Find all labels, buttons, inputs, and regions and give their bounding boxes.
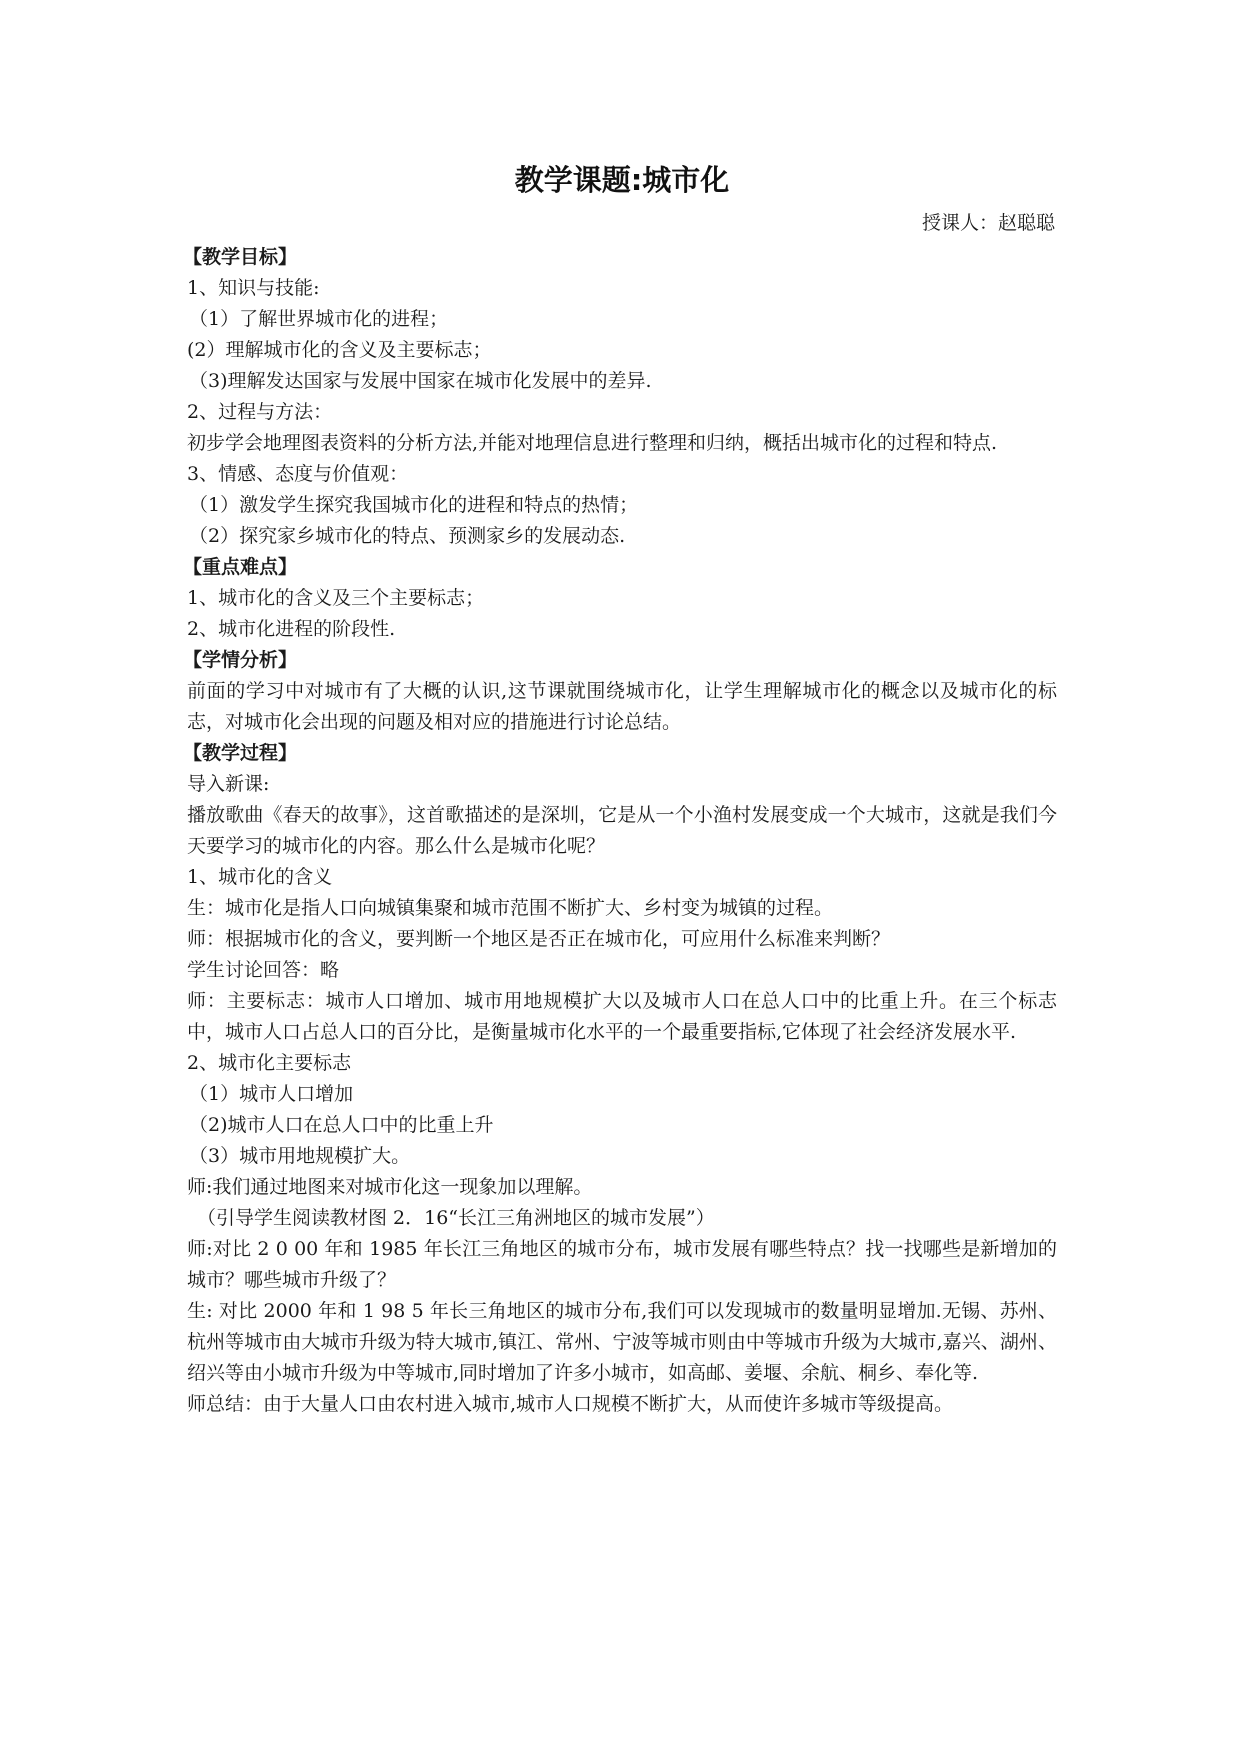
paragraph: 前面的学习中对城市有了大概的认识,这节课就围绕城市化，让学生理解城市化的概念以及… — [187, 676, 1057, 738]
section-key-points: 【重点难点】 1、城市化的含义及三个主要标志； 2、城市化进程的阶段性. — [187, 552, 1057, 645]
section-learner-analysis: 【学情分析】 前面的学习中对城市有了大概的认识,这节课就围绕城市化，让学生理解城… — [187, 645, 1057, 738]
list-item: （1）激发学生探究我国城市化的进程和特点的热情； — [187, 490, 1057, 521]
paragraph: 初步学会地理图表资料的分析方法,并能对地理信息进行整理和归纳，概括出城市化的过程… — [187, 428, 1057, 459]
subsection-label: 导入新课: — [187, 769, 1057, 800]
list-item: 2、城市化进程的阶段性. — [187, 614, 1057, 645]
section-objectives: 【教学目标】 1、知识与技能: （1）了解世界城市化的进程； (2）理解城市化的… — [187, 242, 1057, 552]
paragraph: 生: 对比 2000 年和 1 98 5 年长三角地区的城市分布,我们可以发现城… — [187, 1296, 1057, 1389]
subsection-label: 1、知识与技能: — [187, 273, 1057, 304]
subsection-label: 1、城市化的含义 — [187, 862, 1057, 893]
paragraph: 师:对比 2 0 00 年和 1985 年长江三角地区的城市分布，城市发展有哪些… — [187, 1234, 1057, 1296]
dialogue-line: 师总结：由于大量人口由农村进入城市,城市人口规模不断扩大，从而使许多城市等级提高… — [187, 1389, 1057, 1420]
list-item: （3)理解发达国家与发展中国家在城市化发展中的差异. — [187, 366, 1057, 397]
list-item: （1）了解世界城市化的进程； — [187, 304, 1057, 335]
paragraph: 师：主要标志：城市人口增加、城市用地规模扩大以及城市人口在总人口中的比重上升。在… — [187, 986, 1057, 1048]
section-process: 【教学过程】 导入新课: 播放歌曲《春天的故事》，这首歌描述的是深圳，它是从一个… — [187, 738, 1057, 1420]
dialogue-line: 生：城市化是指人口向城镇集聚和城市范围不断扩大、乡村变为城镇的过程。 — [187, 893, 1057, 924]
subsection-label: 2、过程与方法： — [187, 397, 1057, 428]
section-heading: 【教学目标】 — [183, 242, 1057, 273]
subsection-label: 2、城市化主要标志 — [187, 1048, 1057, 1079]
subsection-label: 3、情感、态度与价值观： — [187, 459, 1057, 490]
list-item: (2）理解城市化的含义及主要标志； — [187, 335, 1057, 366]
section-heading: 【学情分析】 — [183, 645, 1057, 676]
dialogue-line: 学生讨论回答：略 — [187, 955, 1057, 986]
list-item: （3）城市用地规模扩大。 — [187, 1141, 1057, 1172]
list-item: （2）探究家乡城市化的特点、预测家乡的发展动态. — [187, 521, 1057, 552]
list-item: （1）城市人口增加 — [187, 1079, 1057, 1110]
dialogue-line: 师:我们通过地图来对城市化这一现象加以理解。 — [187, 1172, 1057, 1203]
paragraph: 播放歌曲《春天的故事》，这首歌描述的是深圳，它是从一个小渔村发展变成一个大城市，… — [187, 800, 1057, 862]
instruction-note: （引导学生阅读教材图 2．16“长江三角洲地区的城市发展”） — [187, 1203, 1057, 1234]
section-heading: 【教学过程】 — [183, 738, 1057, 769]
dialogue-line: 师：根据城市化的含义，要判断一个地区是否正在城市化，可应用什么标准来判断？ — [187, 924, 1057, 955]
document-title: 教学课题:城市化 — [187, 160, 1057, 200]
section-heading: 【重点难点】 — [183, 552, 1057, 583]
document-page: 教学课题:城市化 授课人：赵聪聪 【教学目标】 1、知识与技能: （1）了解世界… — [187, 160, 1057, 1420]
list-item: （2)城市人口在总人口中的比重上升 — [187, 1110, 1057, 1141]
list-item: 1、城市化的含义及三个主要标志； — [187, 583, 1057, 614]
author-line: 授课人：赵聪聪 — [187, 208, 1057, 238]
